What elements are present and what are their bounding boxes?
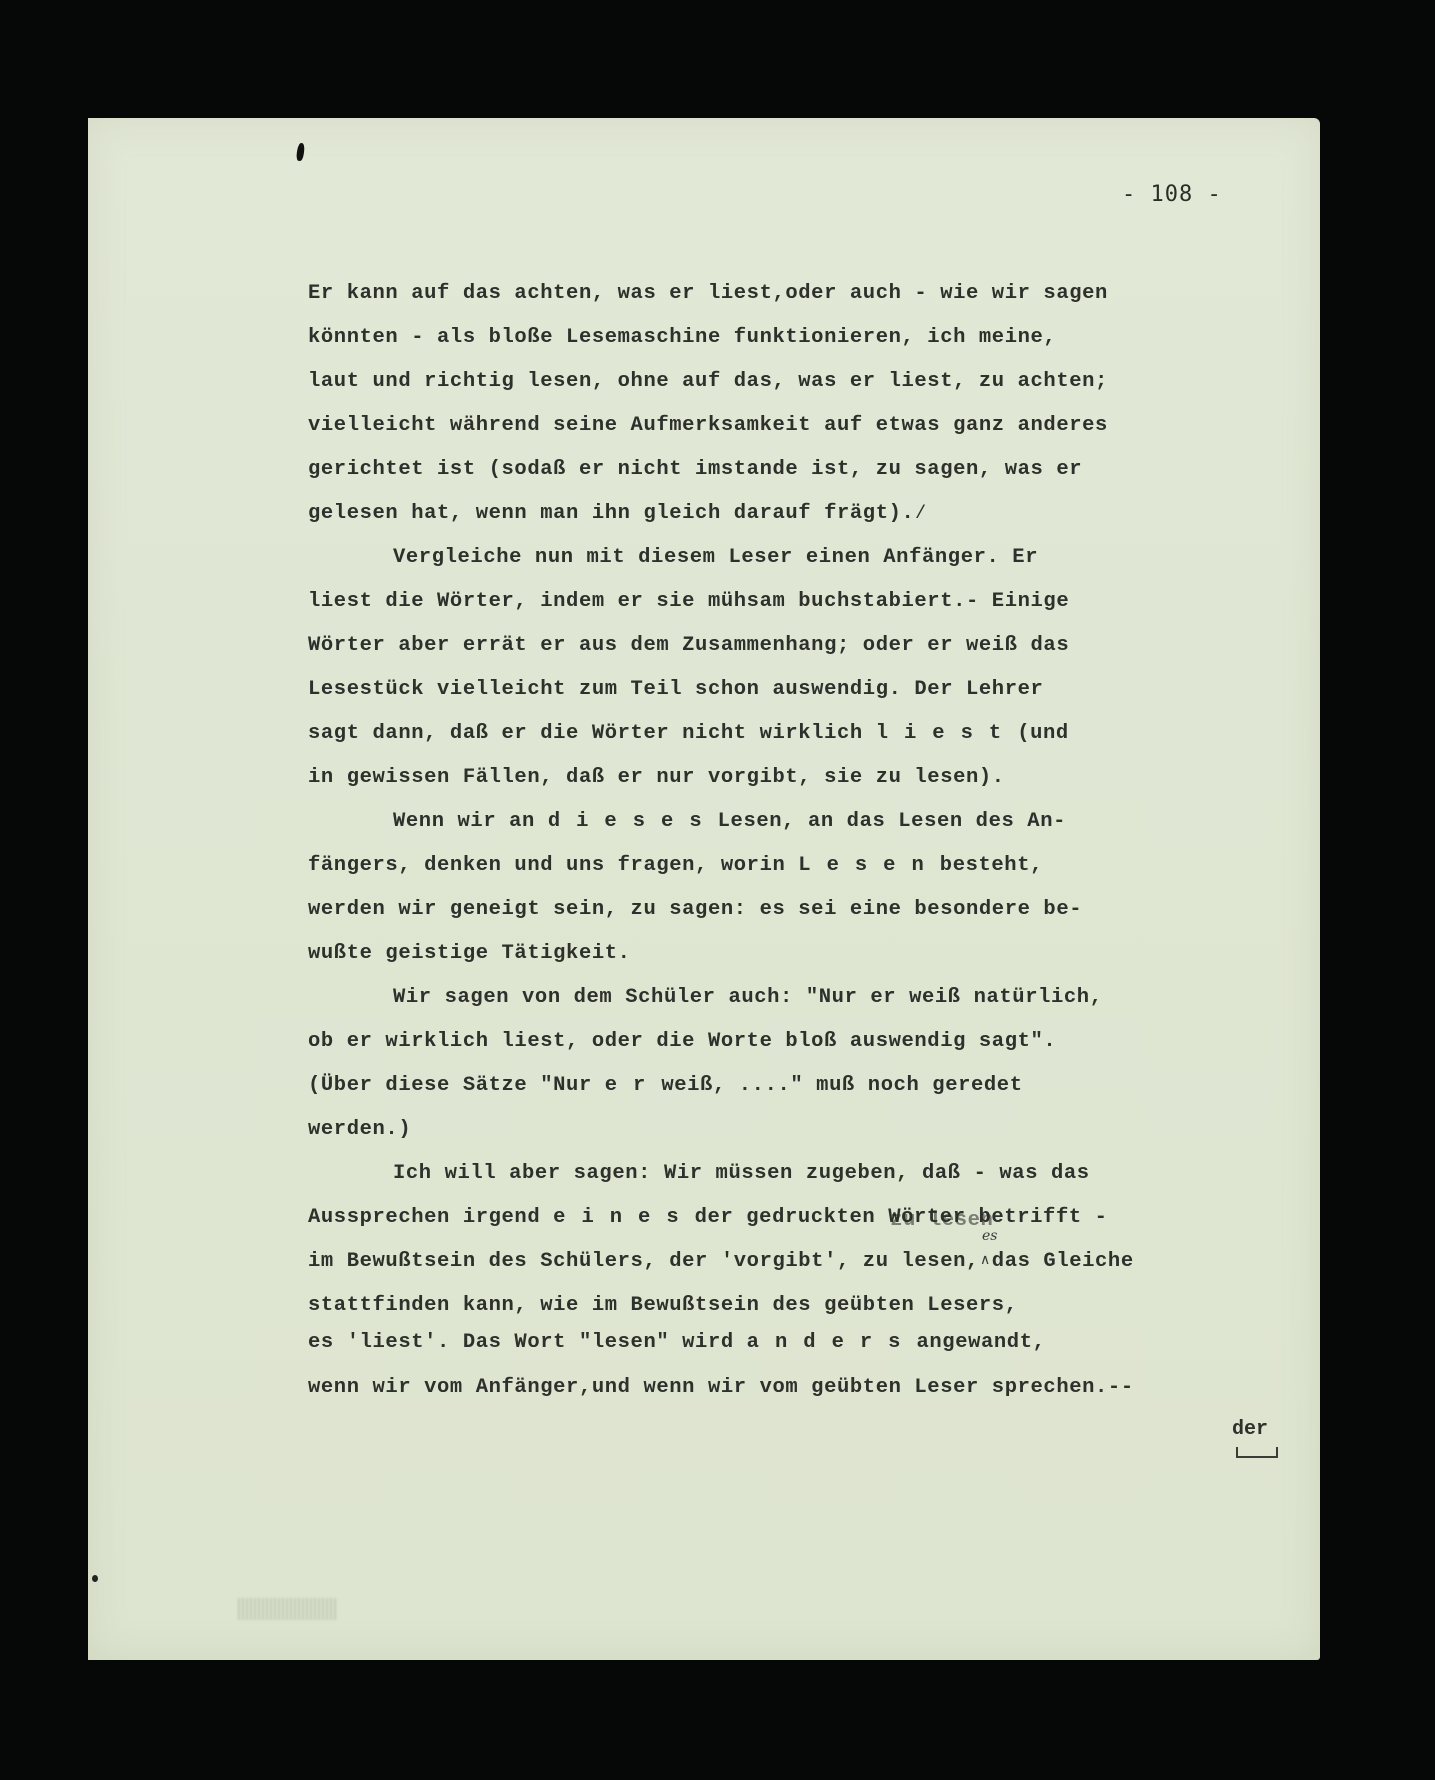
text-line: Vergleiche nun mit diesem Leser einen An… — [308, 536, 1318, 580]
page-number: - 108 - — [1122, 182, 1222, 207]
text-line: Wenn wir an diesesLesen, an das Lesen de… — [308, 800, 1318, 844]
text-line: Aussprechen irgend einesder gedruckten z… — [308, 1196, 1318, 1240]
text-segment: der gedruckten — [695, 1206, 876, 1229]
text-line: vielleicht während seine Aufmerksamkeit … — [308, 404, 1318, 448]
text-segment: es 'liest'. Das Wort "lesen" wird — [308, 1331, 747, 1354]
text-segment: Lesen, an das Lesen des An- — [718, 810, 1066, 833]
text-line: es 'liest'. Das Wort "lesen" wird anders… — [308, 1328, 1318, 1358]
text-segment: (Über diese Sätze "Nur — [308, 1074, 605, 1097]
text-line: ob er wirklich liest, oder die Worte blo… — [308, 1020, 1318, 1064]
text-line: könnten - als bloße Lesemaschine funktio… — [308, 316, 1318, 360]
text-line: Er kann auf das achten, was er liest,ode… — [308, 272, 1318, 316]
text-segment: Wenn wir an — [393, 810, 548, 833]
text-line: fängers, denken und uns fragen, worin Le… — [308, 844, 1318, 888]
text-line: Wörter aber errät er aus dem Zusammenhan… — [308, 624, 1318, 668]
emphasized-word: anders — [747, 1331, 917, 1354]
text-segment: fängers, denken und uns fragen, worin — [308, 854, 798, 877]
text-line: wußte geistige Tätigkeit. — [308, 932, 1318, 976]
text-line: sagt dann, daß er die Wörter nicht wirkl… — [308, 712, 1318, 756]
handwritten-correction-es: es — [982, 1228, 997, 1244]
text-line: wenn wir vom Anfänger,und wenn wir vom g… — [308, 1366, 1318, 1410]
edge-ink-mark — [92, 1575, 98, 1582]
struck-text: zu lesen — [890, 1199, 993, 1243]
text-line: laut und richtig lesen, ohne auf das, wa… — [308, 360, 1318, 404]
text-line: gelesen hat, wenn man ihn gleich darauf … — [308, 492, 1318, 536]
text-line: in gewissen Fällen, daß er nur vorgibt, … — [308, 756, 1318, 800]
text-line: Ich will aber sagen: Wir müssen zugeben,… — [308, 1152, 1318, 1196]
text-segment: sagt dann, daß er die Wörter nicht wirkl… — [308, 722, 876, 745]
text-line: stattfinden kann, wie im Bewußtsein des … — [308, 1284, 1318, 1328]
text-segment: angewandt, — [916, 1331, 1045, 1354]
text-line: gerichtet ist (sodaß er nicht imstande i… — [308, 448, 1318, 492]
text-line: Wir sagen von dem Schüler auch: "Nur er … — [308, 976, 1318, 1020]
overstruck-word: zu lesenWörter — [888, 1196, 965, 1240]
body-text: Er kann auf das achten, was er liest,ode… — [308, 272, 1318, 1410]
text-segment: Aussprechen irgend — [308, 1206, 553, 1229]
text-line: liest die Wörter, indem er sie mühsam bu… — [308, 580, 1318, 624]
text-line: Lesestück vielleicht zum Teil schon ausw… — [308, 668, 1318, 712]
emphasized-word: Lesen — [798, 854, 940, 877]
text-line: werden wir geneigt sein, zu sagen: es se… — [308, 888, 1318, 932]
text-line: (Über diese Sätze "Nur erweiß, ...." muß… — [308, 1064, 1318, 1108]
text-segment: weiß, ...." muß noch geredet — [661, 1074, 1022, 1097]
text-line: werden.) — [308, 1108, 1318, 1152]
inserted-word-der: der — [1232, 1418, 1268, 1441]
emphasized-word: liest — [876, 722, 1018, 745]
emphasized-word: dieses — [548, 810, 718, 833]
emphasized-word: er — [605, 1074, 662, 1097]
insertion-bracket-icon — [1236, 1447, 1278, 1458]
faint-stamp-residue — [238, 1598, 338, 1620]
insertion-caret-icon: ∧ — [980, 1252, 990, 1268]
text-line: im Bewußtsein des Schülers, der 'vorgibt… — [308, 1240, 1318, 1284]
text-segment: (und — [1017, 722, 1069, 745]
text-segment: besteht, — [940, 854, 1043, 877]
ink-blot — [296, 143, 305, 162]
emphasized-word: eines — [553, 1206, 695, 1229]
